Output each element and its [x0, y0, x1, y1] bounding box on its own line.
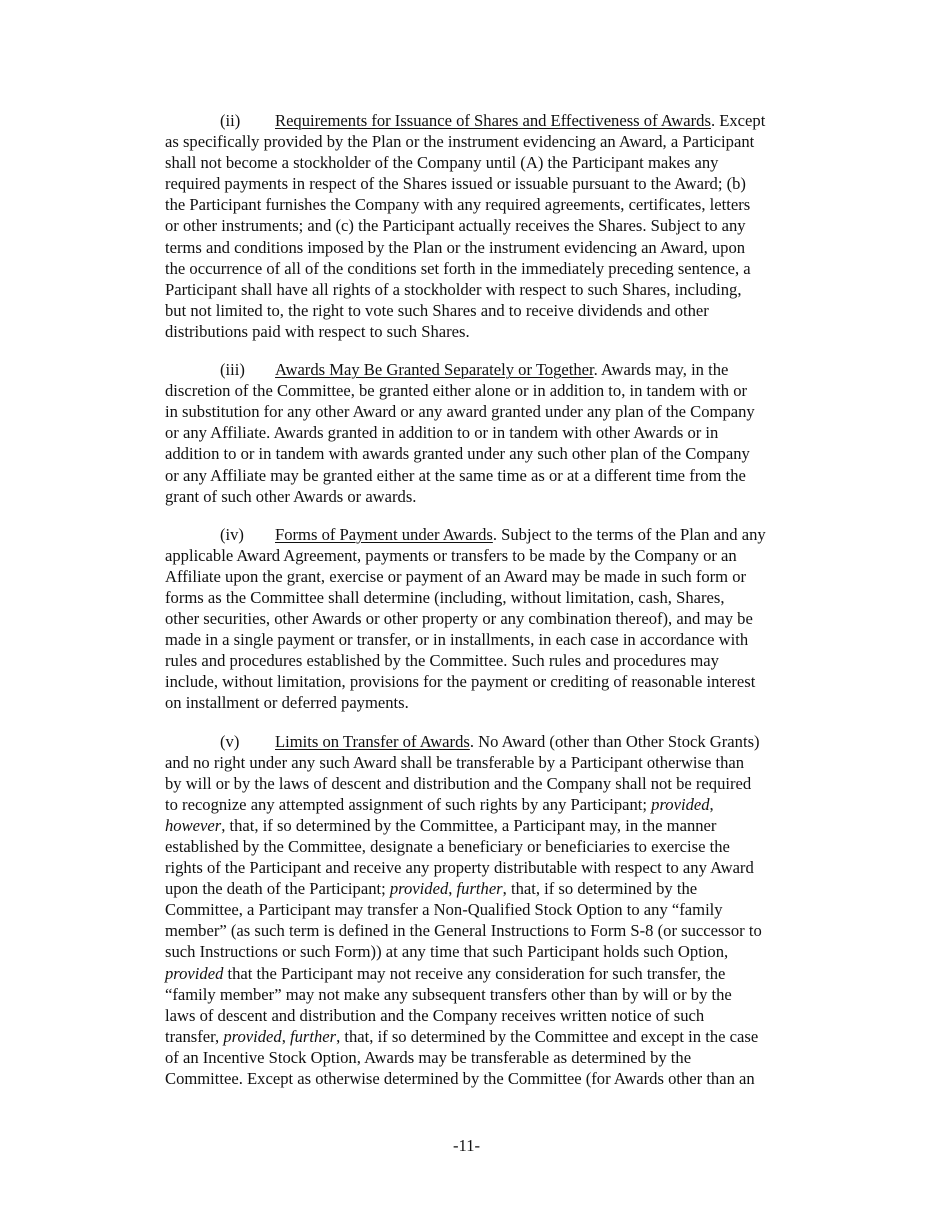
- text-line: discretion of the Committee, be granted …: [165, 380, 825, 401]
- text-segment: Affiliate upon the grant, exercise or pa…: [165, 567, 746, 586]
- italic-text: however: [165, 816, 221, 835]
- section-number: (iv): [220, 524, 275, 545]
- italic-text: provided: [165, 964, 223, 983]
- text-segment: applicable Award Agreement, payments or …: [165, 546, 737, 565]
- text-line: (ii)Requirements for Issuance of Shares …: [165, 110, 825, 131]
- text-segment: ,: [448, 879, 456, 898]
- text-segment: discretion of the Committee, be granted …: [165, 381, 747, 400]
- text-segment: ,: [710, 795, 714, 814]
- text-line: established by the Committee, designate …: [165, 836, 825, 857]
- text-segment: on installment or deferred payments.: [165, 693, 409, 712]
- section-heading: Forms of Payment under Awards: [275, 525, 493, 544]
- text-segment: forms as the Committee shall determine (…: [165, 588, 724, 607]
- text-segment: Committee. Except as otherwise determine…: [165, 1069, 755, 1088]
- text-segment: shall not become a stockholder of the Co…: [165, 153, 718, 172]
- text-line: other securities, other Awards or other …: [165, 608, 825, 629]
- text-segment: ,: [282, 1027, 290, 1046]
- section-heading: Requirements for Issuance of Shares and …: [275, 111, 711, 130]
- text-segment: terms and conditions imposed by the Plan…: [165, 238, 745, 257]
- text-segment: , that, if so determined by the Committe…: [336, 1027, 758, 1046]
- text-line: provided that the Participant may not re…: [165, 963, 825, 984]
- text-segment: No Award (other than Other Stock Grants): [478, 732, 759, 751]
- text-segment: member” (as such term is defined in the …: [165, 921, 762, 940]
- text-segment: Awards may, in the: [601, 360, 728, 379]
- text-segment: made in a single payment or transfer, or…: [165, 630, 748, 649]
- section-number: (ii): [220, 110, 275, 131]
- text-segment: the occurrence of all of the conditions …: [165, 259, 751, 278]
- italic-text: provided: [390, 879, 448, 898]
- text-line: required payments in respect of the Shar…: [165, 173, 825, 194]
- text-line: such Instructions or such Form)) at any …: [165, 941, 825, 962]
- text-line: (v)Limits on Transfer of Awards. No Awar…: [165, 731, 825, 752]
- text-line: of an Incentive Stock Option, Awards may…: [165, 1047, 825, 1068]
- text-line: rules and procedures established by the …: [165, 650, 825, 671]
- section-heading: Limits on Transfer of Awards: [275, 732, 470, 751]
- text-line: shall not become a stockholder of the Co…: [165, 152, 825, 173]
- text-line: or other instruments; and (c) the Partic…: [165, 215, 825, 236]
- section-paragraph: (ii)Requirements for Issuance of Shares …: [165, 110, 825, 342]
- text-segment: of an Incentive Stock Option, Awards may…: [165, 1048, 691, 1067]
- text-segment: addition to or in tandem with awards gra…: [165, 444, 750, 463]
- text-line: on installment or deferred payments.: [165, 692, 825, 713]
- text-line: laws of descent and distribution and the…: [165, 1005, 825, 1026]
- text-segment: in substitution for any other Award or a…: [165, 402, 755, 421]
- text-segment: or any Affiliate may be granted either a…: [165, 466, 746, 485]
- section-paragraph: (v)Limits on Transfer of Awards. No Awar…: [165, 731, 825, 1090]
- text-segment: that the Participant may not receive any…: [223, 964, 725, 983]
- text-segment: required payments in respect of the Shar…: [165, 174, 746, 193]
- text-line: and no right under any such Award shall …: [165, 752, 825, 773]
- text-segment: to recognize any attempted assignment of…: [165, 795, 651, 814]
- section-number: (v): [220, 731, 275, 752]
- text-line: rights of the Participant and receive an…: [165, 857, 825, 878]
- text-segment: the Participant furnishes the Company wi…: [165, 195, 750, 214]
- text-line: terms and conditions imposed by the Plan…: [165, 237, 825, 258]
- text-segment: Subject to the terms of the Plan and any: [501, 525, 766, 544]
- text-segment: but not limited to, the right to vote su…: [165, 301, 709, 320]
- text-line: transfer, provided, further, that, if so…: [165, 1026, 825, 1047]
- italic-text: further: [457, 879, 503, 898]
- text-segment: such Instructions or such Form)) at any …: [165, 942, 728, 961]
- text-line: Committee. Except as otherwise determine…: [165, 1068, 825, 1089]
- text-line: “family member” may not make any subsequ…: [165, 984, 825, 1005]
- text-segment: other securities, other Awards or other …: [165, 609, 753, 628]
- text-line: the occurrence of all of the conditions …: [165, 258, 825, 279]
- text-segment: grant of such other Awards or awards.: [165, 487, 416, 506]
- text-segment: Participant shall have all rights of a s…: [165, 280, 742, 299]
- section-heading: Awards May Be Granted Separately or Toge…: [275, 360, 594, 379]
- text-line: Affiliate upon the grant, exercise or pa…: [165, 566, 825, 587]
- italic-text: provided: [223, 1027, 281, 1046]
- italic-text: further: [290, 1027, 336, 1046]
- text-line: forms as the Committee shall determine (…: [165, 587, 825, 608]
- text-segment: by will or by the laws of descent and di…: [165, 774, 751, 793]
- text-segment: Committee, a Participant may transfer a …: [165, 900, 723, 919]
- text-segment: or other instruments; and (c) the Partic…: [165, 216, 746, 235]
- text-segment: Except: [719, 111, 765, 130]
- italic-text: provided: [651, 795, 709, 814]
- document-page: (ii)Requirements for Issuance of Shares …: [0, 0, 933, 1208]
- text-segment: “family member” may not make any subsequ…: [165, 985, 732, 1004]
- text-line: Participant shall have all rights of a s…: [165, 279, 825, 300]
- text-line: (iii)Awards May Be Granted Separately or…: [165, 359, 825, 380]
- text-segment: transfer,: [165, 1027, 223, 1046]
- text-segment: distributions paid with respect to such …: [165, 322, 470, 341]
- text-line: addition to or in tandem with awards gra…: [165, 443, 825, 464]
- section-paragraph: (iii)Awards May Be Granted Separately or…: [165, 359, 825, 507]
- text-line: (iv)Forms of Payment under Awards. Subje…: [165, 524, 825, 545]
- document-body: (ii)Requirements for Issuance of Shares …: [165, 110, 825, 1106]
- text-segment: rules and procedures established by the …: [165, 651, 719, 670]
- text-line: made in a single payment or transfer, or…: [165, 629, 825, 650]
- text-line: include, without limitation, provisions …: [165, 671, 825, 692]
- text-segment: or any Affiliate. Awards granted in addi…: [165, 423, 718, 442]
- text-line: to recognize any attempted assignment of…: [165, 794, 825, 815]
- text-line: the Participant furnishes the Company wi…: [165, 194, 825, 215]
- text-line: Committee, a Participant may transfer a …: [165, 899, 825, 920]
- text-line: member” (as such term is defined in the …: [165, 920, 825, 941]
- text-line: distributions paid with respect to such …: [165, 321, 825, 342]
- text-segment: and no right under any such Award shall …: [165, 753, 744, 772]
- text-segment: rights of the Participant and receive an…: [165, 858, 754, 877]
- text-segment: laws of descent and distribution and the…: [165, 1006, 704, 1025]
- text-line: in substitution for any other Award or a…: [165, 401, 825, 422]
- text-line: by will or by the laws of descent and di…: [165, 773, 825, 794]
- text-segment: upon the death of the Participant;: [165, 879, 390, 898]
- text-line: however, that, if so determined by the C…: [165, 815, 825, 836]
- text-line: or any Affiliate may be granted either a…: [165, 465, 825, 486]
- text-segment: , that, if so determined by the Committe…: [221, 816, 716, 835]
- section-paragraph: (iv)Forms of Payment under Awards. Subje…: [165, 524, 825, 714]
- text-line: or any Affiliate. Awards granted in addi…: [165, 422, 825, 443]
- text-line: grant of such other Awards or awards.: [165, 486, 825, 507]
- text-line: as specifically provided by the Plan or …: [165, 131, 825, 152]
- page-number: -11-: [0, 1136, 933, 1156]
- text-line: upon the death of the Participant; provi…: [165, 878, 825, 899]
- text-line: but not limited to, the right to vote su…: [165, 300, 825, 321]
- text-segment: as specifically provided by the Plan or …: [165, 132, 754, 151]
- text-line: applicable Award Agreement, payments or …: [165, 545, 825, 566]
- text-segment: established by the Committee, designate …: [165, 837, 730, 856]
- text-segment: include, without limitation, provisions …: [165, 672, 755, 691]
- text-segment: , that, if so determined by the: [503, 879, 697, 898]
- section-number: (iii): [220, 359, 275, 380]
